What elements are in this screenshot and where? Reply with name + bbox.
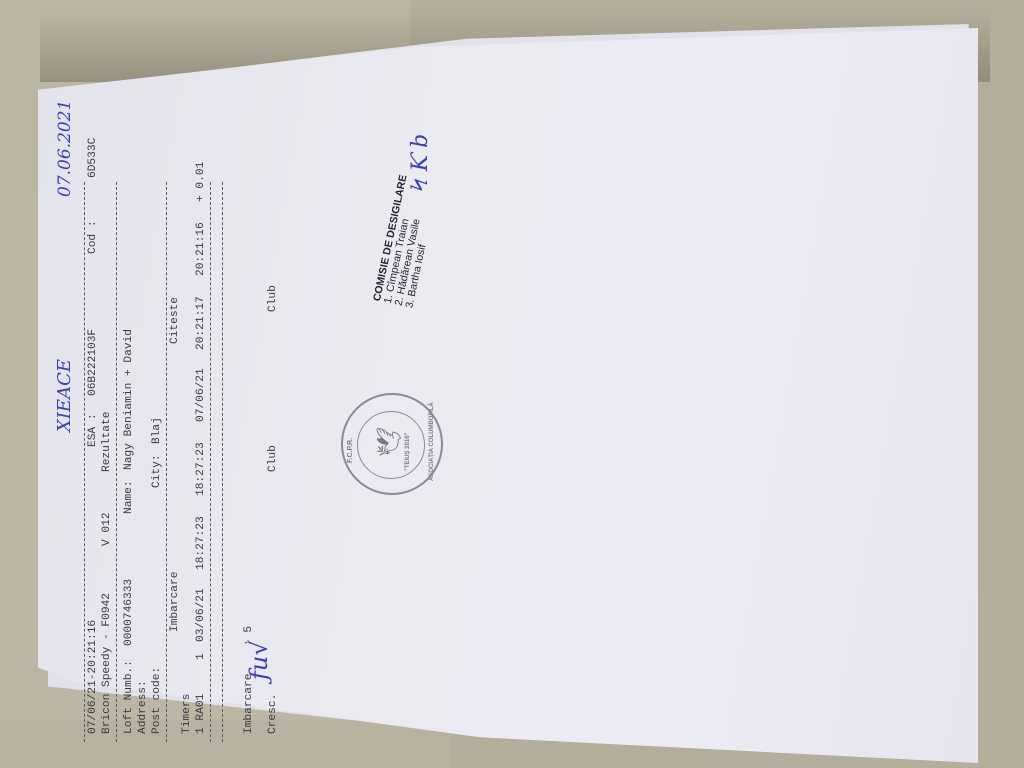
commission-initials: Ϟ Ƙ b	[408, 134, 433, 191]
time-diff: + 0.01	[194, 162, 208, 202]
name-value: Nagy Beniamin + David	[122, 329, 136, 470]
divider	[116, 182, 117, 742]
timestamp: 07/06/21-20:21:16	[86, 620, 100, 734]
col-imbarcare: Imbarcare	[168, 572, 182, 632]
divider	[222, 182, 223, 742]
col-citeste: Citeste	[168, 297, 182, 344]
imbarcare-time-1: 18:27:23	[194, 516, 208, 570]
cresc-label: Cresc.	[266, 694, 280, 734]
divider	[166, 182, 167, 742]
imbarcare-date: 03/06/21	[194, 588, 208, 642]
club-stamp: F.C.P.R. ASOCIAȚIA COLUMBOFILĂ "TEIUȘ 20…	[341, 393, 443, 495]
handwritten-title: XIEACE	[58, 359, 72, 432]
stamp-inner-text: "TEIUȘ 2016"	[405, 433, 411, 471]
cod-value: 6D533C	[86, 138, 100, 178]
pigeon-icon: 🕊	[375, 427, 405, 457]
esa-label: ESA :	[86, 413, 100, 447]
printout: XIEACE 07.06.2021 07/06/21-20:21:16 ESA …	[80, 62, 300, 742]
loft-numb-value: 0000746333	[122, 579, 136, 646]
citeste-time-1: 20:21:17	[194, 296, 208, 350]
timer-index: 1	[194, 653, 208, 660]
loft-numb-label: Loft Numb.:	[122, 660, 136, 734]
name-label: Name:	[122, 480, 136, 514]
device-name: Bricon Speedy - F0942	[100, 593, 114, 734]
club-label-2: Club	[266, 285, 280, 312]
stamp-outer-text: ASOCIAȚIA COLUMBOFILĂ	[429, 402, 435, 481]
signature: ƒu√	[252, 640, 266, 680]
imbarcare-count-label: Imbarcare	[242, 674, 256, 734]
post-code-label: Post code:	[150, 667, 164, 734]
citeste-time-2: 20:21:16	[194, 222, 208, 276]
club-label-1: Club	[266, 445, 280, 472]
timer-id: 1 RA01	[194, 694, 208, 734]
imbarcare-time-2: 18:27:23	[194, 442, 208, 496]
handwritten-date: 07.06.2021	[58, 100, 72, 197]
divider	[210, 182, 211, 742]
citeste-date: 07/06/21	[194, 368, 208, 422]
cod-label: Cod :	[86, 220, 100, 254]
divider	[84, 182, 85, 742]
address-label: Address:	[136, 680, 150, 734]
stamp-top-text: F.C.P.R.	[347, 438, 354, 463]
city-label: City:	[150, 454, 164, 488]
city-value: Blaj	[150, 417, 164, 444]
device-version: V 012	[100, 512, 114, 546]
col-timers: Timers	[180, 694, 194, 734]
esa-value: 06B222103F	[86, 329, 100, 396]
rezultate-label: Rezultate	[100, 412, 114, 472]
